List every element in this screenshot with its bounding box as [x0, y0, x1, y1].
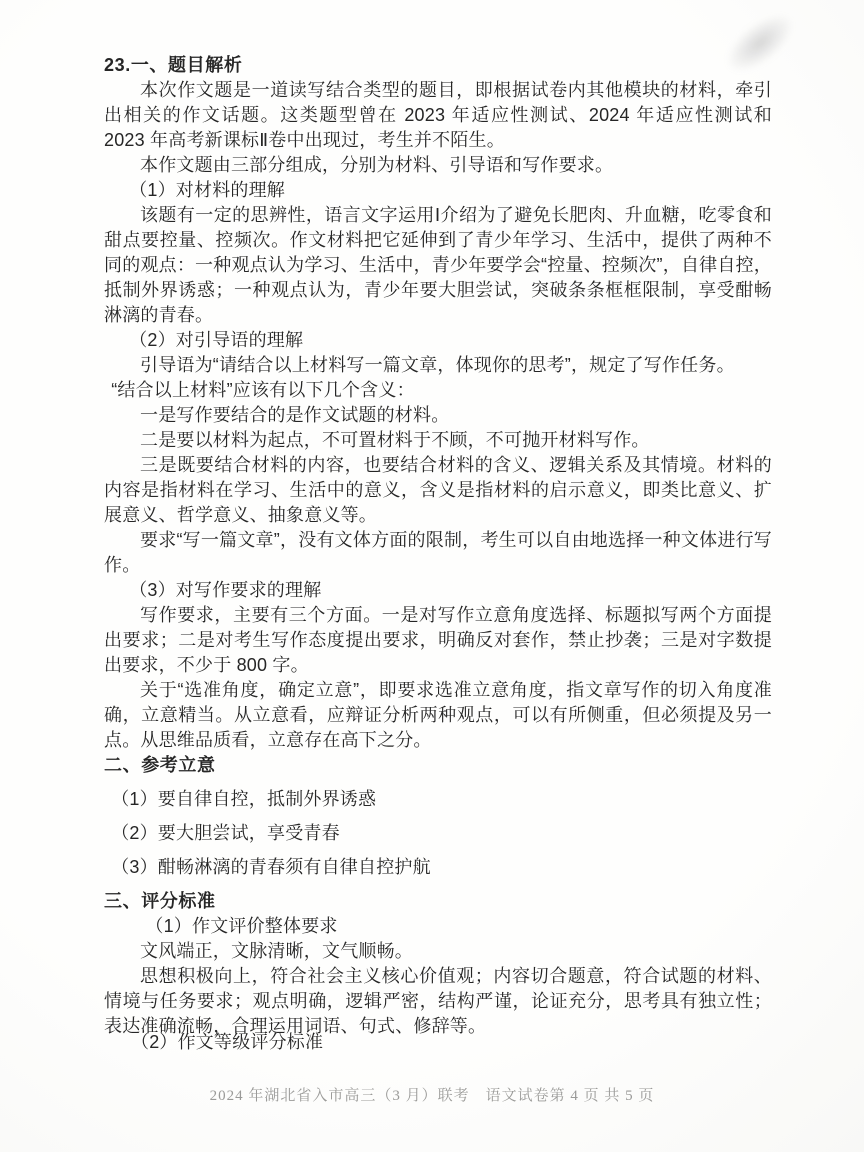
- section-heading-reference-themes: 二、参考立意: [104, 753, 772, 778]
- sub-heading-essay-grade-criteria: （2）作文等级评分标准: [104, 1030, 772, 1055]
- page-footer: 2024 年湖北省入市高三（3 月）联考 语文试卷第 4 页 共 5 页: [0, 1086, 864, 1106]
- paragraph: 思想积极向上，符合社会主义核心价值观；内容切合题意，符合试题的材料、情境与任务要…: [104, 964, 772, 1039]
- reference-item: （1）要自律自控，抵制外界诱惑: [104, 787, 772, 812]
- reference-item: （2）要大胆尝试，享受青春: [104, 821, 772, 846]
- section-heading-scoring-criteria: 三、评分标准: [104, 889, 772, 914]
- section-heading-topic-analysis: 23.一、题目解析: [104, 53, 772, 78]
- paragraph: 关于“选准角度，确定立意”，即要求选准立意角度，指文章写作的切入角度准确，立意精…: [104, 678, 772, 753]
- paragraph: 该题有一定的思辨性，语言文字运用Ⅰ介绍为了避免长肥肉、升血糖，吃零食和甜点要控量…: [104, 203, 772, 328]
- paragraph: 要求“写一篇文章”，没有文体方面的限制，考生可以自由地选择一种文体进行写作。: [104, 528, 772, 578]
- paragraph: “结合以上材料”应该有以下几个含义：: [104, 378, 772, 403]
- paragraph: 本作文题由三部分组成，分别为材料、引导语和写作要求。: [104, 153, 772, 178]
- sub-heading-material-understanding: （1）对材料的理解: [104, 178, 772, 203]
- paragraph: 写作要求，主要有三个方面。一是对写作立意角度选择、标题拟写两个方面提出要求；二是…: [104, 603, 772, 678]
- paragraph: 引导语为“请结合以上材料写一篇文章，体现你的思考”，规定了写作任务。: [104, 353, 772, 378]
- paragraph: 二是要以材料为起点，不可置材料于不顾，不可抛开材料写作。: [104, 428, 772, 453]
- document-body: 23.一、题目解析本次作文题是一道读写结合类型的题目，即根据试卷内其他模块的材料…: [104, 53, 772, 1039]
- reference-item: （3）酣畅淋漓的青春须有自律自控护航: [104, 855, 772, 880]
- sub-heading-overall-requirements: （1）作文评价整体要求: [104, 914, 772, 939]
- paragraph: 一是写作要结合的是作文试题的材料。: [104, 403, 772, 428]
- sub-heading-guide-understanding: （2）对引导语的理解: [104, 328, 772, 353]
- paragraph: 本次作文题是一道读写结合类型的题目，即根据试卷内其他模块的材料，牵引出相关的作文…: [104, 78, 772, 153]
- paragraph: 文风端正，文脉清晰，文气顺畅。: [104, 939, 772, 964]
- sub-heading-requirement-understanding: （3）对写作要求的理解: [104, 578, 772, 603]
- document-page: 23.一、题目解析本次作文题是一道读写结合类型的题目，即根据试卷内其他模块的材料…: [0, 0, 864, 1152]
- paragraph: 三是既要结合材料的内容，也要结合材料的含义、逻辑关系及其情境。材料的内容是指材料…: [104, 453, 772, 528]
